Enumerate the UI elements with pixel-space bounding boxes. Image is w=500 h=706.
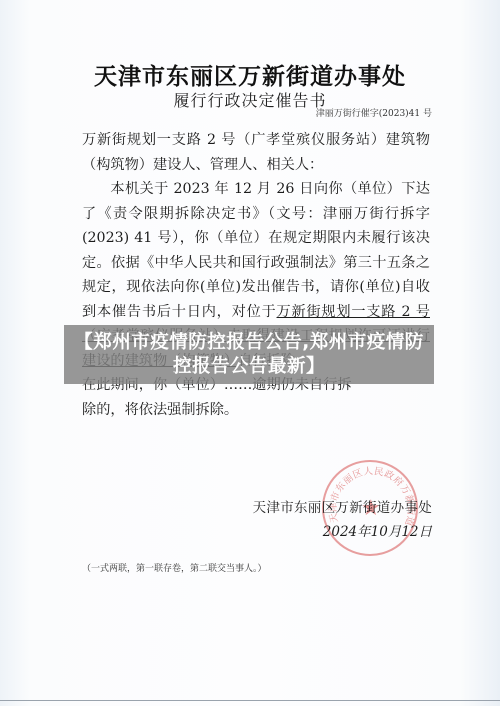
notice-last-line: 除的，将依法强制拆除。: [82, 398, 430, 423]
signature-organization: 天津市东丽区万新街道办事处: [253, 496, 432, 516]
signature-date: 2024年10月12日: [323, 520, 432, 540]
banner-headline: 【郑州市疫情防控报告公告,郑州市疫情防控报告公告最新】: [69, 331, 429, 379]
document-number: 津丽万街行催字(2023)41 号: [316, 106, 432, 119]
copy-distribution-note: （一式两联，第一联存卷，第二联交当事人。）: [82, 561, 267, 574]
issuing-authority-title: 天津市东丽区万新街道办事处: [0, 58, 500, 91]
notice-text-part1: 本机关于 2023 年 12 月 26 日向你（单位）下达了《责令限期拆除决定书…: [82, 181, 430, 320]
addressee-line: 万新街规划一支路 2 号（广孝堂殡仪服务站）建筑物（构筑物）建设人、管理人、相关…: [82, 128, 430, 177]
document-page: 天津市东丽区万新街道办事处 履行行政决定催告书 津丽万街行催字(2023)41 …: [0, 0, 500, 706]
overlay-title-banner: 【郑州市疫情防控报告公告,郑州市疫情防控报告公告最新】: [64, 325, 434, 384]
page-bottom-edge: [0, 700, 500, 701]
